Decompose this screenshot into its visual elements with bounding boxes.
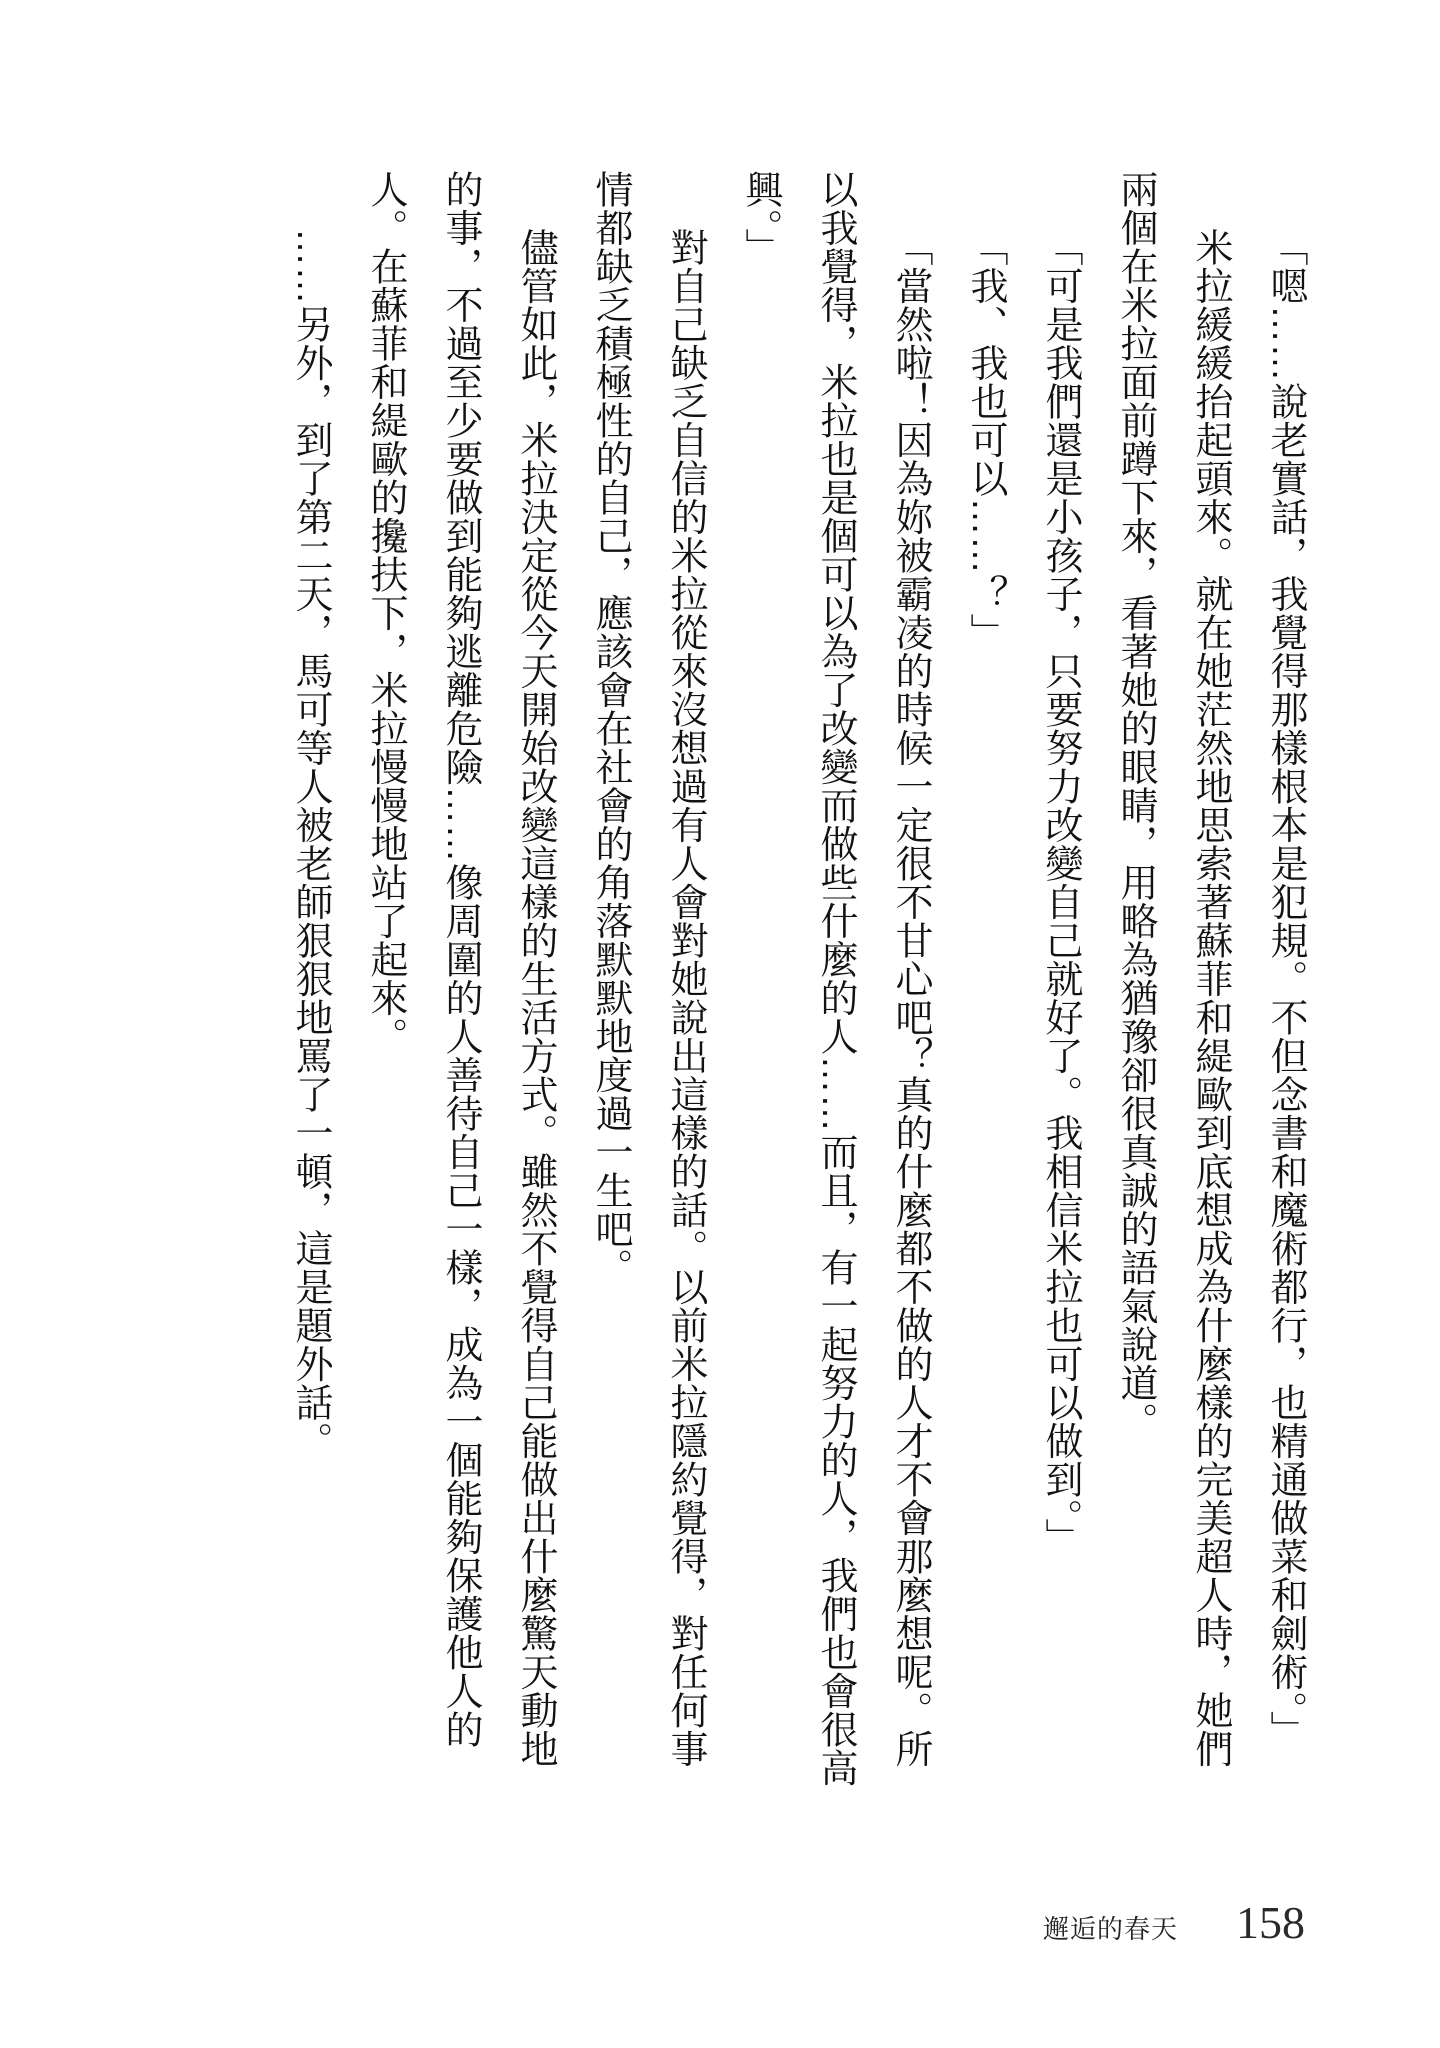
text-column: 對自己缺乏自信的米拉從來沒想過有人會對她說出這樣的話。以前米拉隱約覺得，對任何事 [647,170,722,1850]
text-column: 「我、我也可以……？」 [947,170,1022,1850]
page-number: 158 [1236,1900,1305,1946]
text-column: 的事，不過至少要做到能夠逃離危險……像周圍的人善待自己一樣，成為一個能夠保護他人… [422,170,497,1850]
text-column: 「當然啦！因為妳被霸凌的時候一定很不甘心吧？真的什麼都不做的人才不會那麼想呢。所 [872,170,947,1850]
text-column: 人。在蘇菲和緹歐的攙扶下，米拉慢慢地站了起來。 [347,170,422,1850]
text-column: 「嗯……說老實話，我覺得那樣根本是犯規。不但念書和魔術都行，也精通做菜和劍術。」 [1247,170,1322,1850]
running-title: 邂逅的春天 [1043,1909,1178,1946]
book-page: 「嗯……說老實話，我覺得那樣根本是犯規。不但念書和魔術都行，也精通做菜和劍術。」… [0,0,1440,2048]
text-column: 米拉緩緩抬起頭來。就在她茫然地思索著蘇菲和緹歐到底想成為什麼樣的完美超人時，她們 [1172,170,1247,1850]
text-column: 以我覺得，米拉也是個可以為了改變而做些什麼的人……而且，有一起努力的人，我們也會… [797,170,872,1850]
page-footer: 邂逅的春天 158 [1043,1900,1305,1946]
text-column: 「可是我們還是小孩子，只要努力改變自己就好了。我相信米拉也可以做到。」 [1022,170,1097,1850]
text-column: 興。」 [722,170,797,1850]
text-column: 兩個在米拉面前蹲下來，看著她的眼睛，用略為猶豫卻很真誠的語氣說道。 [1097,170,1172,1850]
text-column: ……另外，到了第二天，馬可等人被老師狠狠地罵了一頓，這是題外話。 [272,170,347,1850]
text-column: 儘管如此，米拉決定從今天開始改變這樣的生活方式。雖然不覺得自己能做出什麼驚天動地 [497,170,572,1850]
text-column: 情都缺乏積極性的自己，應該會在社會的角落默默地度過一生吧。 [572,170,647,1850]
vertical-text-block: 「嗯……說老實話，我覺得那樣根本是犯規。不但念書和魔術都行，也精通做菜和劍術。」… [272,170,1322,1850]
